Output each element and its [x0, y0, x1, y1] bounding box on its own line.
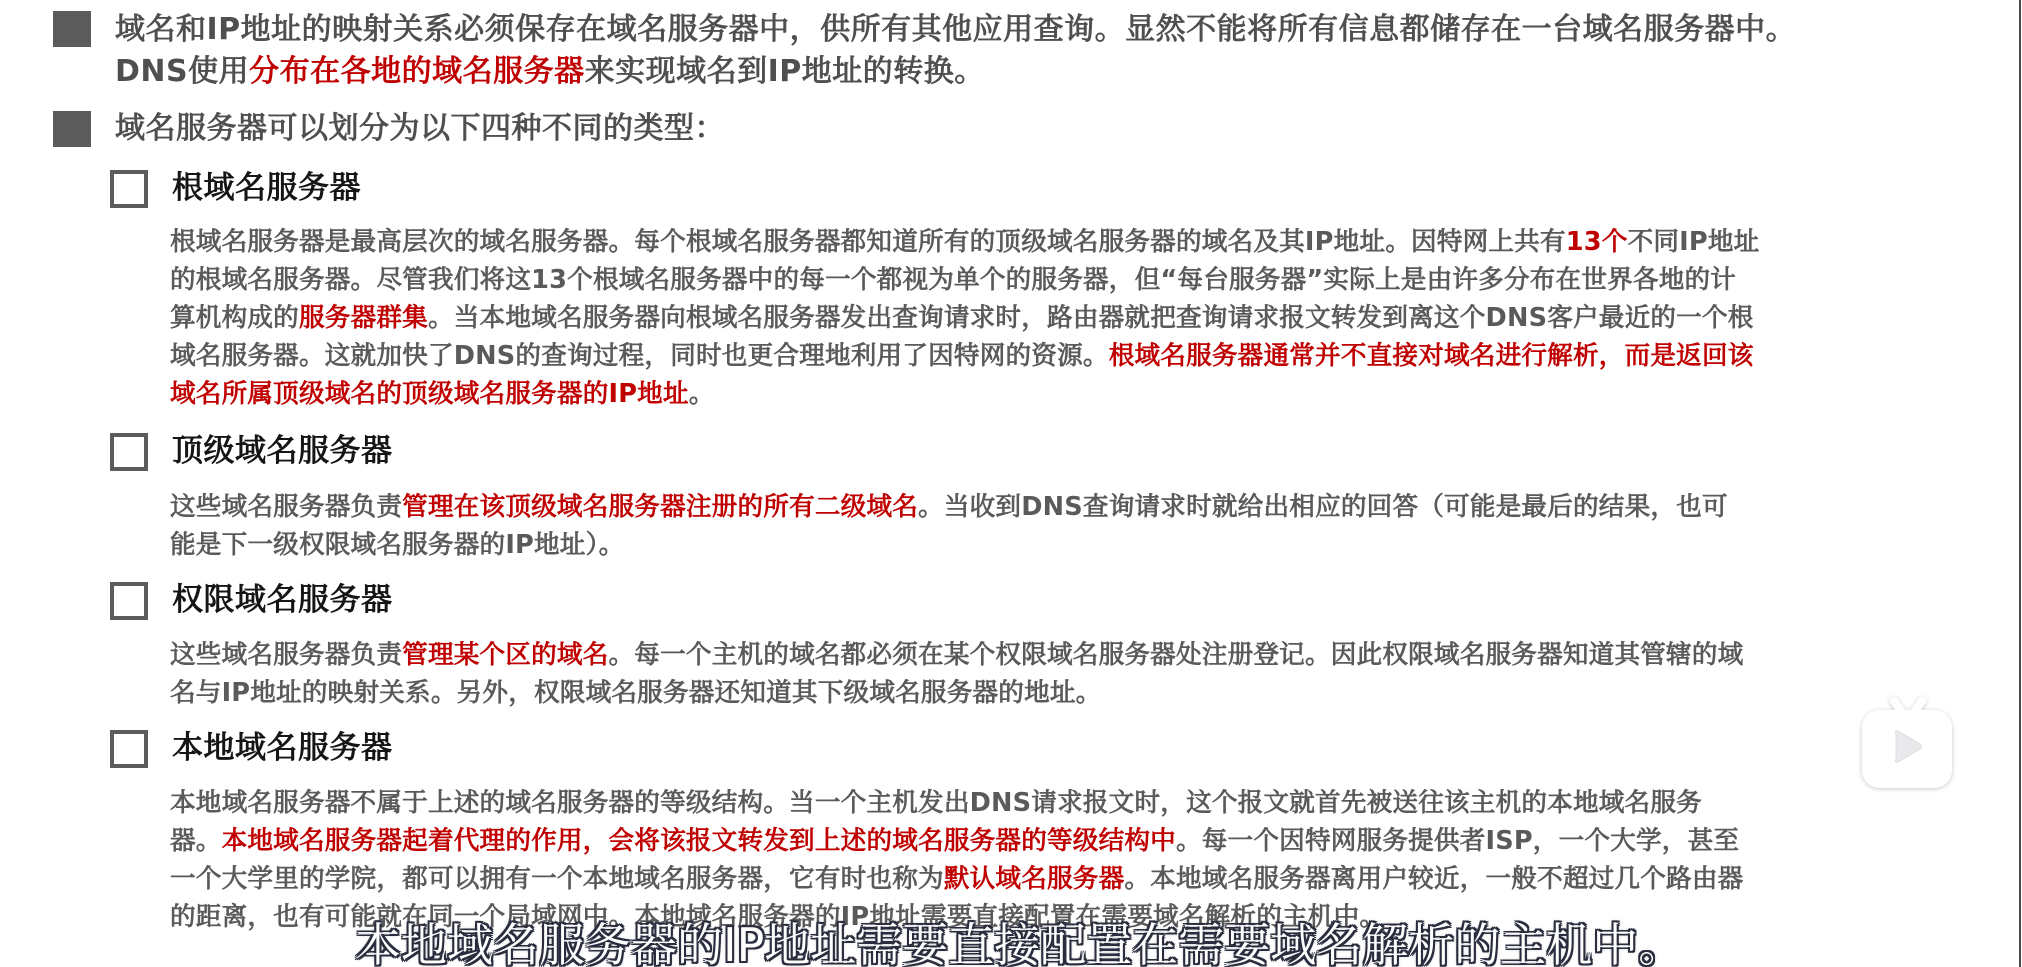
hollow-square-bullet-icon: [110, 433, 148, 471]
section-body-line: 域名服务器。这就加快了DNS的查询过程，同时也更合理地利用了因特网的资源。根域名…: [170, 337, 1754, 375]
text-segment: 。每一个主机的域名都必须在某个权限域名服务器处注册登记。因此权限域名服务器知道其…: [609, 640, 1744, 670]
section-body-line: 这些域名服务器负责管理某个区的域名。每一个主机的域名都必须在某个权限域名服务器处…: [170, 636, 1743, 674]
text-segment: 算机构成的: [170, 303, 299, 333]
text-segment: 这些域名服务器负责: [170, 640, 402, 670]
filled-square-bullet-icon: [53, 111, 91, 147]
highlight-segment: 默认域名服务器: [944, 864, 1125, 894]
text-segment: 不同IP地址: [1628, 227, 1760, 257]
highlight-segment: 域名所属顶级域名的顶级域名服务器的IP地址: [170, 379, 689, 409]
text-segment: 本地域名服务器不属于上述的域名服务器的等级结构。当一个主机发出DNS请求报文时，…: [170, 788, 1702, 818]
section-heading: 根域名服务器: [172, 167, 361, 209]
text-segment: 这些域名服务器负责: [170, 492, 402, 522]
highlight-segment: 根域名服务器通常并不直接对域名进行解析，而是返回该: [1109, 341, 1754, 371]
section-body-line: 算机构成的服务器群集。当本地域名服务器向根域名服务器发出查询请求时，路由器就把查…: [170, 299, 1754, 337]
intro-bullet1-line2: DNS使用分布在各地的域名服务器来实现域名到IP地址的转换。: [115, 51, 985, 93]
text-segment: 。当收到DNS查询请求时就给出相应的回答（可能是最后的结果，也可: [918, 492, 1728, 522]
highlight-segment: 管理某个区的域名: [402, 640, 608, 670]
section-body-line: 名与IP地址的映射关系。另外，权限域名服务器还知道其下级域名服务器的地址。: [170, 674, 1101, 712]
text-segment: 一个大学里的学院，都可以拥有一个本地域名服务器，它有时也称为: [170, 864, 944, 894]
filled-square-bullet-icon: [53, 11, 91, 47]
section-body-line: 域名所属顶级域名的顶级域名服务器的IP地址。: [170, 375, 715, 413]
highlight-segment: 服务器群集: [299, 303, 428, 333]
section-body-line: 器。本地域名服务器起着代理的作用，会将该报文转发到上述的域名服务器的等级结构中。…: [170, 822, 1739, 860]
intro-bullet2: 域名服务器可以划分为以下四种不同的类型：: [115, 108, 725, 150]
section-body-line: 本地域名服务器不属于上述的域名服务器的等级结构。当一个主机发出DNS请求报文时，…: [170, 784, 1702, 822]
highlight-segment: 管理在该顶级域名服务器注册的所有二级域名: [402, 492, 918, 522]
section-heading: 本地域名服务器: [172, 727, 393, 769]
text-segment: 。: [689, 379, 715, 409]
text-segment: 。每一个因特网服务提供者ISP，一个大学，甚至: [1176, 826, 1739, 856]
section-body-line: 的根域名服务器。尽管我们将这13个根域名服务器中的每一个都视为单个的服务器，但“…: [170, 261, 1736, 299]
highlight-segment: 分布在各地的域名服务器: [249, 54, 585, 89]
hollow-square-bullet-icon: [110, 170, 148, 208]
section-heading: 顶级域名服务器: [172, 430, 393, 472]
bilibili-tv-play-icon[interactable]: [1856, 694, 1958, 794]
text-segment: 。本地域名服务器离用户较近，一般不超过几个路由器: [1124, 864, 1743, 894]
text-segment: 能是下一级权限域名服务器的IP地址）。: [170, 530, 624, 560]
text-segment: 名与IP地址的映射关系。另外，权限域名服务器还知道其下级域名服务器的地址。: [170, 678, 1101, 708]
highlight-segment: 13个: [1566, 227, 1628, 257]
hollow-square-bullet-icon: [110, 582, 148, 620]
text-segment: 的根域名服务器。尽管我们将这13个根域名服务器中的每一个都视为单个的服务器，但“…: [170, 265, 1736, 295]
video-subtitle: 本地域名服务器的IP地址需要直接配置在需要域名解析的主机中。: [355, 918, 1684, 967]
highlight-segment: 本地域名服务器起着代理的作用，会将该报文转发到上述的域名服务器的等级结构中: [222, 826, 1176, 856]
intro-bullet1-line1: 域名和IP地址的映射关系必须保存在域名服务器中，供所有其他应用查询。显然不能将所…: [115, 9, 1796, 51]
text-segment: 来实现域名到IP地址的转换。: [585, 54, 985, 89]
section-body-line: 能是下一级权限域名服务器的IP地址）。: [170, 526, 624, 564]
section-heading: 权限域名服务器: [172, 579, 393, 621]
text-segment: 器。: [170, 826, 222, 856]
text-segment: 根域名服务器是最高层次的域名服务器。每个根域名服务器都知道所有的顶级域名服务器的…: [170, 227, 1566, 257]
text-segment: DNS使用: [115, 54, 249, 89]
video-frame-border: [2019, 0, 2021, 967]
section-body-line: 这些域名服务器负责管理在该顶级域名服务器注册的所有二级域名。当收到DNS查询请求…: [170, 488, 1728, 526]
tv-play-icon-svg: [1856, 694, 1958, 794]
text-segment: 域名服务器。这就加快了DNS的查询过程，同时也更合理地利用了因特网的资源。: [170, 341, 1109, 371]
hollow-square-bullet-icon: [110, 730, 148, 768]
text-segment: 。当本地域名服务器向根域名服务器发出查询请求时，路由器就把查询请求报文转发到离这…: [428, 303, 1754, 333]
section-body-line: 根域名服务器是最高层次的域名服务器。每个根域名服务器都知道所有的顶级域名服务器的…: [170, 223, 1759, 261]
section-body-line: 一个大学里的学院，都可以拥有一个本地域名服务器，它有时也称为默认域名服务器。本地…: [170, 860, 1743, 898]
